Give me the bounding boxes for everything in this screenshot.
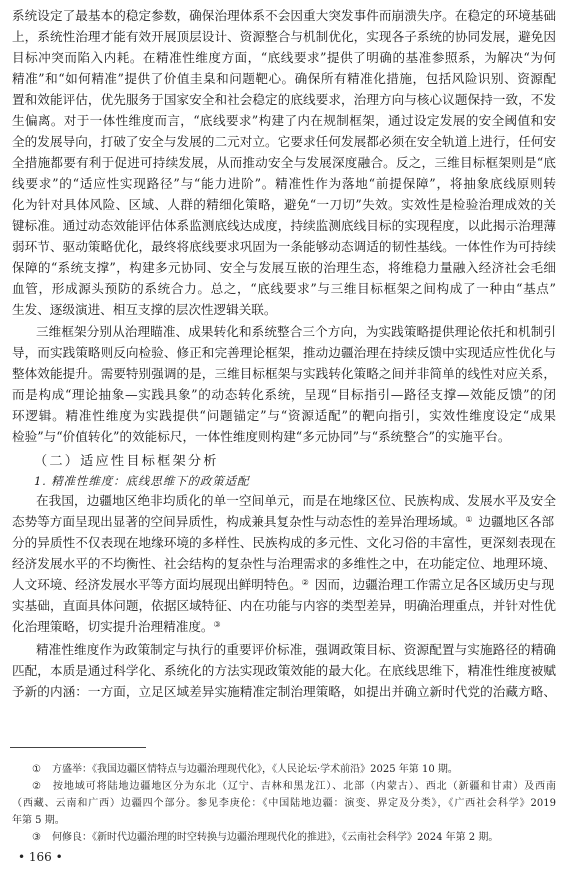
text-line: 全的发展导向，打破了安全与发展的二元对立。它要求任何发展都必须在安全轨道上进行，…	[12, 134, 556, 149]
text-line: 置和效能评估，优先服务于国家安全和社会稳定的底线要求，治理方向与核心议题保持一致…	[12, 92, 556, 107]
text-span: 边疆地区各部	[479, 514, 555, 529]
text-line: 在我国，边疆地区绝非均质化的单一空间单元，而是在地缘区位、民族构成、发展水平及安…	[36, 493, 556, 508]
section-heading: （二）适应性目标框架分析	[34, 450, 219, 469]
text-line: 精准性维度作为政策制定与执行的重要评价标准，强调政策目标、资源配置与实施路径的精…	[36, 642, 556, 657]
text-line: 环逻辑。精准性维度为实践提供“问题锚定”与“资源适配”的靶向指引，实效性维度设定…	[12, 408, 556, 423]
footnote-2: ②按地域可将陆地边疆地区分为东北（辽宁、吉林和黑龙江）、北部（内蒙古）、西北（新…	[32, 780, 556, 793]
text-line: 生偏离。对于一体性维度而言，“底线要求”构建了内在规制框架，通过设定发展的安全阈…	[12, 113, 556, 128]
text-line: 而是构成“理论抽象—实践具象”的动态转化系统，呈现“目标指引—路径支撑—效能反馈…	[12, 387, 556, 402]
footnote-mark: ③	[32, 831, 52, 844]
text-line: 生发、逐级演进、相互支撑的层次性逻辑关联。	[12, 302, 556, 317]
text-line: 匹配，本质是通过科学化、系统化的方法实现政策效能的最大化。在底线思维下，精准性维…	[12, 663, 556, 678]
footnote-3: ③何修良：《新时代边疆治理的时空转换与边疆治理现代化的推进》，《云南社会科学》2…	[32, 831, 498, 844]
text-line: 实基础，直面具体问题，依据区域特征、内在功能与内容的类型差异，明确治理重点，并针…	[12, 598, 556, 613]
text-line: 人文环境、经济发展水平等方面均展现出鲜明特色。②因而，边疆治理工作需立足各区域历…	[12, 577, 556, 592]
footnote-2-continued: （西藏、云南和广西）边疆四个部分。参见李庚伦：《中国陆地边疆：演变、界定及分类》…	[12, 797, 556, 810]
footnote-ref-1[interactable]: ①	[465, 515, 472, 524]
footnote-text: 何修良：《新时代边疆治理的时空转换与边疆治理现代化的推进》，《云南社会科学》20…	[52, 832, 498, 843]
text-span: 态势等方面呈现出显著的空间异质性，构成兼具复杂性与动态性的差异治理场域。	[12, 514, 465, 529]
subsection-heading: 1. 精准性维度：底线思维下的政策适配	[34, 473, 249, 489]
text-line: 精准”和“如何精准”提供了价值圭臬和问题靶心。确保所有精准化措施，包括风险识别、…	[12, 71, 556, 86]
footnote-mark: ①	[32, 763, 52, 776]
text-line: 经济发展水平的不均衡性、社会结构的复杂性与治理需求的多维性之中，在功能定位、地理…	[12, 556, 556, 571]
text-line: 分的异质性不仅表现在地缘环境的多样性、民族构成的多元性、文化习俗的丰富性，更深刻…	[12, 535, 556, 550]
text-line: 弱环节、驱动策略优化，最终将底线要求巩固为一条能够动态调适的韧性基线。一体性作为…	[12, 239, 556, 254]
footnote-mark: ②	[32, 780, 52, 793]
footnote-ref-2[interactable]: ②	[302, 578, 309, 587]
footnote-ref-3[interactable]: ③	[214, 620, 221, 629]
text-line: 系统设定了最基本的稳定参数，确保治理体系不会因重大突发事件而崩溃失序。在稳定的环…	[12, 8, 556, 23]
text-span: 人文环境、经济发展水平等方面均展现出鲜明特色。	[12, 577, 302, 592]
page-number: • 166 •	[18, 850, 63, 864]
footnote-2-continued: 年第 5 期。	[12, 814, 65, 827]
text-line: 全措施都要有利于促进可持续发展，从而推动安全与发展深度融合。反之，三维目标框架则…	[12, 155, 556, 170]
text-line: 化为针对具体风险、区域、人群的精细化策略，避免“一刀切”失效。实效性是检验治理成…	[12, 197, 556, 212]
footnote-text: 方盛举：《我国边疆区情特点与边疆治理现代化》，《人民论坛·学术前沿》2025 年…	[52, 764, 458, 775]
text-line: 线要求”的“适应性实现路径”与“能力进阶”。精准性作为落地“前提保障”，将抽象底…	[12, 176, 556, 191]
text-line: 键标准。通过动态效能评估体系监测底线达成度，持续监测底线目标的实现程度，以此揭示…	[12, 218, 556, 233]
text-line: 目标冲突而陷入内耗。在精准性维度方面，“底线要求”提供了明确的基准参照系，为解决…	[12, 50, 556, 65]
footnote-separator	[10, 747, 146, 748]
footnote-text: 按地域可将陆地边疆地区分为东北（辽宁、吉林和黑龙江）、北部（内蒙古）、西北（新疆…	[52, 781, 556, 792]
footnote-1: ①方盛举：《我国边疆区情特点与边疆治理现代化》，《人民论坛·学术前沿》2025 …	[32, 763, 458, 776]
document-page: 系统设定了最基本的稳定参数，确保治理体系不会因重大突发事件而崩溃失序。在稳定的环…	[0, 0, 566, 877]
text-line: 导，而实践策略则反向检验、修正和完善理论框架，推动边疆治理在持续反馈中实现适应性…	[12, 345, 556, 360]
text-line: 化治理策略，切实提升治理精准度。③	[12, 619, 556, 634]
text-span: 化治理策略，切实提升治理精准度。	[12, 619, 214, 634]
text-line: 三维框架分别从治理瞄准、成果转化和系统整合三个方向，为实践策略提供理论依托和机制…	[36, 324, 556, 339]
text-span: 因而，边疆治理工作需立足各区域历史与现	[315, 577, 554, 592]
text-line: 上，系统性治理才能有效开展顶层设计、资源整合与机制优化，实现各子系统的协同发展，…	[12, 29, 556, 44]
text-line: 保障的“系统支撑”，构建多元协同、安全与发展互嵌的治理生态，将维稳力量融入经济社…	[12, 260, 556, 275]
text-line: 态势等方面呈现出显著的空间异质性，构成兼具复杂性与动态性的差异治理场域。①边疆地…	[12, 514, 556, 529]
text-line: 整体效能提升。需要特别强调的是，三维目标框架与实践转化策略之间并非简单的线性对应…	[12, 366, 556, 381]
text-line: 血管，形成源头预防的系统合力。总之，“底线要求”与三维目标框架之间构成了一种由“…	[12, 281, 556, 296]
text-line: 检验”与“价值转化”的效能标尺，一体性维度则构建“多元协同”与“系统整合”的实施…	[12, 429, 556, 444]
text-line: 予新的内涵：一方面，立足区域差异实施精准定制治理策略，如提出并确立新时代党的治藏…	[12, 684, 556, 699]
